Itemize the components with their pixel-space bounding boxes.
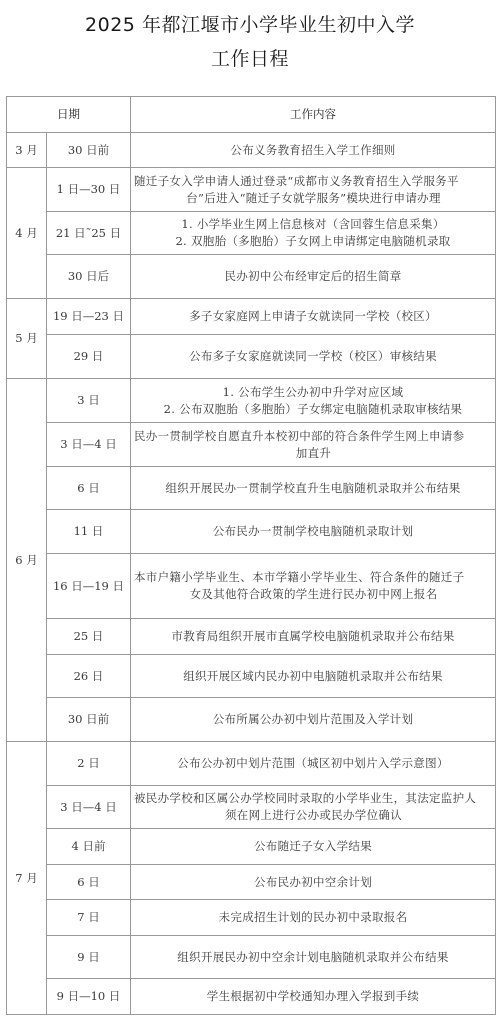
schedule-table: 日期 工作内容 3 月30 日前公布义务教育招生入学工作细则4 月1 日—30 …	[6, 96, 496, 1015]
table-row: 6 日组织开展民办一贯制学校直升生电脑随机录取并公布结果	[7, 467, 496, 510]
content-cell: 组织开展区域内民办初中电脑随机录取并公布结果	[131, 655, 496, 698]
table-row: 6 月3 日1. 公布学生公办初中升学对应区域2. 公布双胞胎（多胞胎）子女绑定…	[7, 379, 496, 423]
content-cell: 学生根据初中学校通知办理入学报到手续	[131, 979, 496, 1015]
content-line: 被民办学校和区属公办学校同时录取的小学毕业生，其法定监护人	[134, 790, 493, 807]
table-row: 29 日公布多子女家庭就读同一学校（校区）审核结果	[7, 335, 496, 379]
content-line: 2. 公布双胞胎（多胞胎）子女绑定电脑随机录取审核结果	[133, 401, 493, 418]
day-cell: 30 日后	[47, 255, 131, 299]
content-cell: 民办一贯制学校自愿直升本校初中部的符合条件学生网上申请参加直升	[131, 423, 496, 467]
content-line: 多子女家庭网上申请子女就读同一学校（校区）	[133, 308, 493, 325]
day-cell: 3 日—4 日	[47, 423, 131, 467]
content-line: 学生根据初中学校通知办理入学报到手续	[133, 988, 493, 1005]
content-cell: 本市户籍小学毕业生、本市学籍小学毕业生、符合条件的随迁子女及其他符合政策的学生进…	[131, 554, 496, 619]
day-cell: 1 日—30 日	[47, 168, 131, 212]
table-row: 3 日—4 日被民办学校和区属公办学校同时录取的小学毕业生，其法定监护人须在网上…	[7, 786, 496, 829]
content-line: 女及其他符合政策的学生进行民办初中网上报名	[134, 586, 493, 603]
header-date: 日期	[7, 97, 131, 133]
day-cell: 11 日	[47, 510, 131, 554]
content-cell: 公布所属公办初中划片范围及入学计划	[131, 698, 496, 742]
content-cell: 被民办学校和区属公办学校同时录取的小学毕业生，其法定监护人须在网上进行公办或民办…	[131, 786, 496, 829]
day-cell: 21 日˜25 日	[47, 212, 131, 255]
content-cell: 随迁子女入学申请人通过登录“成都市义务教育招生入学服务平台”后进入“随迁子女就学…	[131, 168, 496, 212]
day-cell: 29 日	[47, 335, 131, 379]
content-cell: 公布义务教育招生入学工作细则	[131, 133, 496, 168]
content-cell: 公布公办初中划片范围（城区初中划片入学示意图）	[131, 742, 496, 786]
table-row: 21 日˜25 日1. 小学毕业生网上信息核对（含回蓉生信息采集）2. 双胞胎（…	[7, 212, 496, 255]
table-row: 26 日组织开展区域内民办初中电脑随机录取并公布结果	[7, 655, 496, 698]
content-line: 台”后进入“随迁子女就学服务”模块进行申请办理	[134, 190, 493, 207]
table-row: 6 日公布民办初中空余计划	[7, 865, 496, 900]
content-line: 1. 公布学生公办初中升学对应区域	[133, 384, 493, 401]
month-cell: 6 月	[7, 379, 47, 742]
table-row: 7 月2 日公布公办初中划片范围（城区初中划片入学示意图）	[7, 742, 496, 786]
table-row: 7 日未完成招生计划的民办初中录取报名	[7, 900, 496, 936]
table-row: 3 日—4 日民办一贯制学校自愿直升本校初中部的符合条件学生网上申请参加直升	[7, 423, 496, 467]
table-row: 5 月19 日—23 日多子女家庭网上申请子女就读同一学校（校区）	[7, 299, 496, 335]
month-cell: 7 月	[7, 742, 47, 1015]
content-line: 公布多子女家庭就读同一学校（校区）审核结果	[133, 348, 493, 365]
schedule-body: 3 月30 日前公布义务教育招生入学工作细则4 月1 日—30 日随迁子女入学申…	[7, 133, 496, 1015]
content-line: 市教育局组织开展市直属学校电脑随机录取并公布结果	[133, 628, 493, 645]
document-title-line2: 工作日程	[0, 44, 500, 71]
day-cell: 6 日	[47, 865, 131, 900]
table-row: 25 日市教育局组织开展市直属学校电脑随机录取并公布结果	[7, 619, 496, 655]
table-header-row: 日期 工作内容	[7, 97, 496, 133]
day-cell: 3 日	[47, 379, 131, 423]
day-cell: 7 日	[47, 900, 131, 936]
content-line: 民办初中公布经审定后的招生简章	[133, 268, 493, 285]
content-cell: 多子女家庭网上申请子女就读同一学校（校区）	[131, 299, 496, 335]
day-cell: 3 日—4 日	[47, 786, 131, 829]
day-cell: 26 日	[47, 655, 131, 698]
table-row: 16 日—19 日本市户籍小学毕业生、本市学籍小学毕业生、符合条件的随迁子女及其…	[7, 554, 496, 619]
content-line: 未完成招生计划的民办初中录取报名	[133, 909, 493, 926]
content-line: 公布公办初中划片范围（城区初中划片入学示意图）	[133, 755, 493, 772]
content-line: 公布民办初中空余计划	[133, 874, 493, 891]
table-row: 11 日公布民办一贯制学校电脑随机录取计划	[7, 510, 496, 554]
month-cell: 4 月	[7, 168, 47, 299]
content-line: 公布所属公办初中划片范围及入学计划	[133, 711, 493, 728]
content-line: 随迁子女入学申请人通过登录“成都市义务教育招生入学服务平	[134, 173, 493, 190]
content-line: 组织开展区域内民办初中电脑随机录取并公布结果	[133, 668, 493, 685]
day-cell: 30 日前	[47, 698, 131, 742]
day-cell: 9 日	[47, 936, 131, 979]
content-line: 1. 小学毕业生网上信息核对（含回蓉生信息采集）	[133, 216, 493, 233]
content-line: 本市户籍小学毕业生、本市学籍小学毕业生、符合条件的随迁子	[134, 569, 493, 586]
content-cell: 公布民办初中空余计划	[131, 865, 496, 900]
content-cell: 组织开展民办一贯制学校直升生电脑随机录取并公布结果	[131, 467, 496, 510]
table-row: 3 月30 日前公布义务教育招生入学工作细则	[7, 133, 496, 168]
document-title-line1: 2025 年都江堰市小学毕业生初中入学	[0, 10, 500, 37]
header-content: 工作内容	[131, 97, 496, 133]
day-cell: 4 日前	[47, 829, 131, 865]
content-cell: 1. 公布学生公办初中升学对应区域2. 公布双胞胎（多胞胎）子女绑定电脑随机录取…	[131, 379, 496, 423]
table-row: 4 月1 日—30 日随迁子女入学申请人通过登录“成都市义务教育招生入学服务平台…	[7, 168, 496, 212]
content-line: 加直升	[134, 445, 493, 462]
table-row: 30 日后民办初中公布经审定后的招生简章	[7, 255, 496, 299]
day-cell: 30 日前	[47, 133, 131, 168]
day-cell: 9 日—10 日	[47, 979, 131, 1015]
content-line: 组织开展民办初中空余计划电脑随机录取并公布结果	[133, 949, 493, 966]
content-line: 公布义务教育招生入学工作细则	[133, 142, 493, 159]
content-cell: 公布多子女家庭就读同一学校（校区）审核结果	[131, 335, 496, 379]
day-cell: 19 日—23 日	[47, 299, 131, 335]
content-cell: 公布民办一贯制学校电脑随机录取计划	[131, 510, 496, 554]
month-cell: 5 月	[7, 299, 47, 379]
day-cell: 2 日	[47, 742, 131, 786]
content-cell: 组织开展民办初中空余计划电脑随机录取并公布结果	[131, 936, 496, 979]
month-cell: 3 月	[7, 133, 47, 168]
day-cell: 25 日	[47, 619, 131, 655]
table-row: 4 日前公布随迁子女入学结果	[7, 829, 496, 865]
content-cell: 未完成招生计划的民办初中录取报名	[131, 900, 496, 936]
content-cell: 民办初中公布经审定后的招生简章	[131, 255, 496, 299]
content-line: 须在网上进行公办或民办学位确认	[134, 807, 493, 824]
content-cell: 市教育局组织开展市直属学校电脑随机录取并公布结果	[131, 619, 496, 655]
table-row: 9 日组织开展民办初中空余计划电脑随机录取并公布结果	[7, 936, 496, 979]
content-cell: 1. 小学毕业生网上信息核对（含回蓉生信息采集）2. 双胞胎（多胞胎）子女网上申…	[131, 212, 496, 255]
content-cell: 公布随迁子女入学结果	[131, 829, 496, 865]
table-row: 9 日—10 日学生根据初中学校通知办理入学报到手续	[7, 979, 496, 1015]
content-line: 民办一贯制学校自愿直升本校初中部的符合条件学生网上申请参	[134, 428, 493, 445]
table-row: 30 日前公布所属公办初中划片范围及入学计划	[7, 698, 496, 742]
day-cell: 6 日	[47, 467, 131, 510]
content-line: 2. 双胞胎（多胞胎）子女网上申请绑定电脑随机录取	[133, 233, 493, 250]
content-line: 组织开展民办一贯制学校直升生电脑随机录取并公布结果	[133, 480, 493, 497]
day-cell: 16 日—19 日	[47, 554, 131, 619]
content-line: 公布随迁子女入学结果	[133, 838, 493, 855]
content-line: 公布民办一贯制学校电脑随机录取计划	[133, 523, 493, 540]
